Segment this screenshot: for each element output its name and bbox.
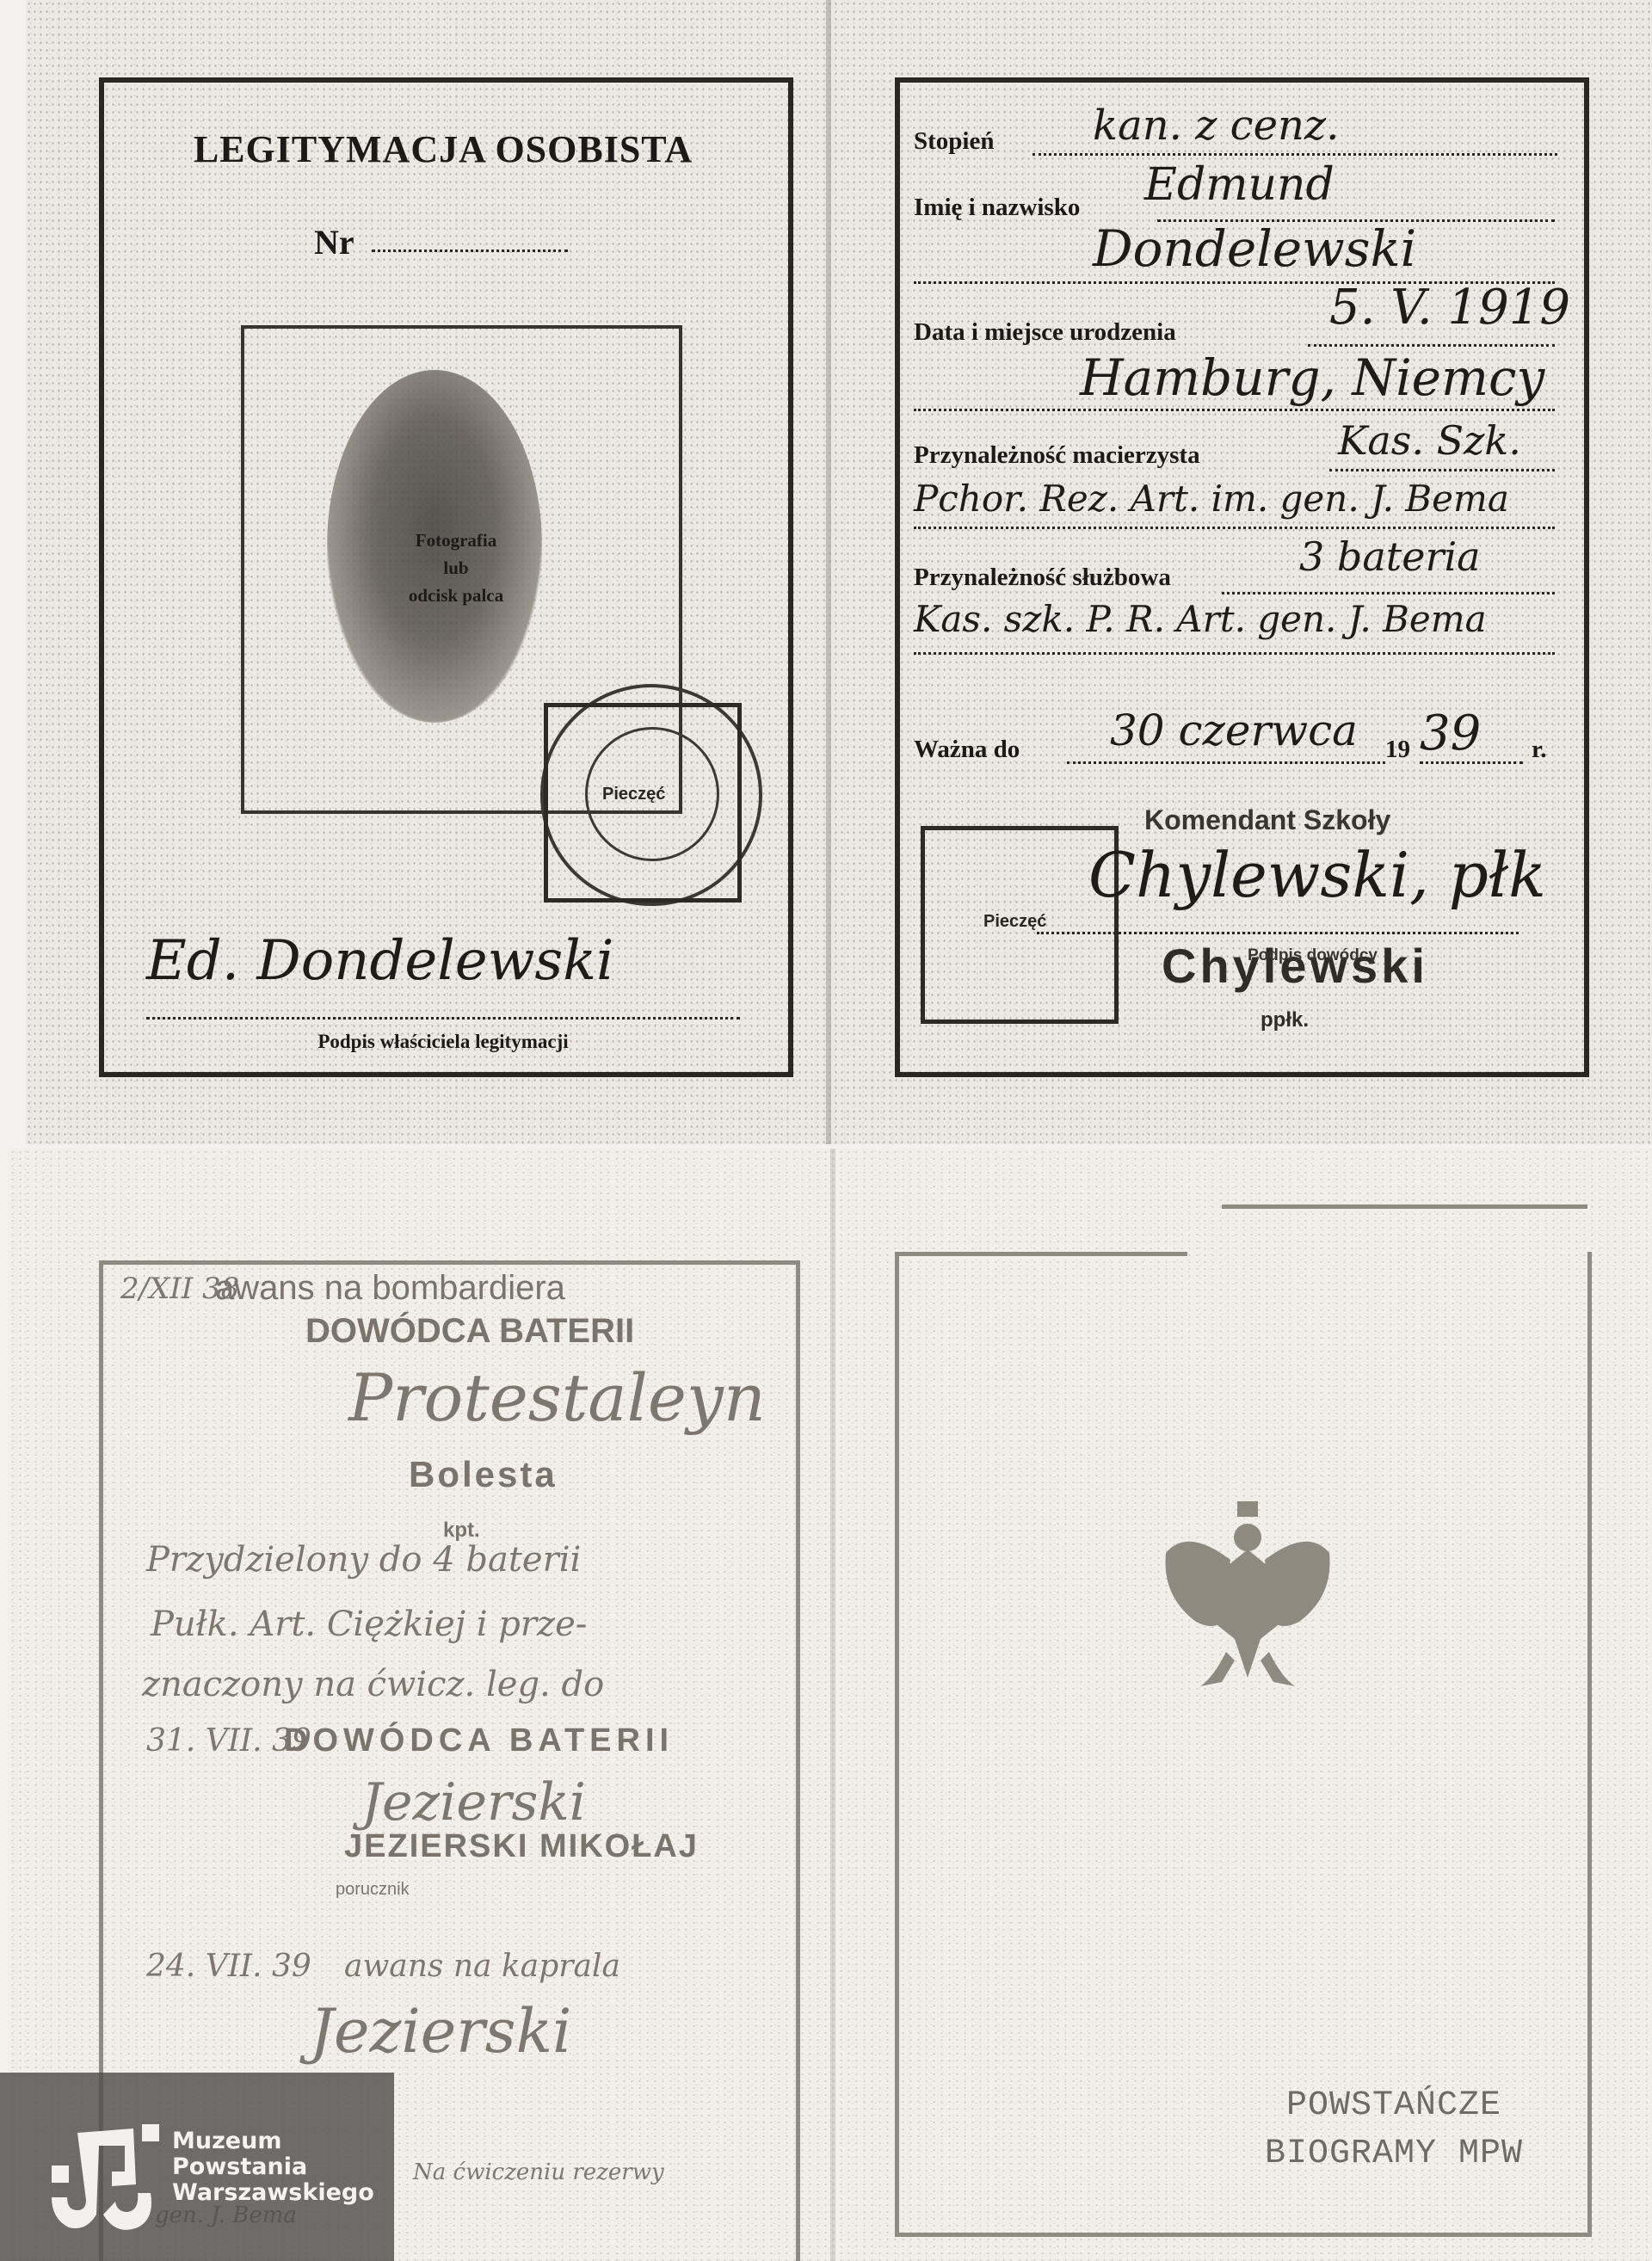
field-value-service-unit: 3 bateria (1299, 533, 1481, 580)
entry-name-jezierski: JEZIERSKI MIKOŁAJ (344, 1828, 699, 1865)
entry-line-1: Przydzielony do 4 baterii (146, 1540, 581, 1580)
entry-text-1: awans na bombardiera (215, 1269, 565, 1308)
field-label-rank: Stopień (914, 127, 994, 156)
field-value-service-unit-cont: Kas. szk. P. R. Art. gen. J. Bema (914, 598, 1487, 640)
entry-commander-title-2: DOWÓDCA BATERII (284, 1722, 674, 1759)
signature-line (146, 1017, 740, 1020)
frame-edge (895, 1252, 1187, 1256)
field-label-service-unit: Przynależność służbowa (914, 564, 1171, 592)
entry-name-bolesta: Bolesta (409, 1454, 558, 1495)
signature-jezierski-1: Jezierski (361, 1772, 586, 1833)
entry-commander-title-1: DOWÓDCA BATERII (305, 1312, 634, 1351)
card-fold-top (826, 0, 831, 1144)
field-value-home-unit-cont: Pchor. Rez. Art. im. gen. J. Bema (914, 477, 1509, 520)
photo-caption: Fotografia lub odcisk palca (370, 527, 542, 609)
field-value-birth-place: Hamburg, Niemcy (1080, 348, 1544, 407)
field-value-rank: kan. z cenz. (1093, 102, 1339, 150)
commander-title: Komendant Szkoły (1144, 804, 1390, 836)
entry-date-3: 24. VII. 39 (146, 1949, 311, 1984)
rule (1329, 469, 1555, 471)
under-line-label: Podpis dowódcy (1248, 946, 1378, 965)
field-value-first-name: Edmund (1144, 159, 1335, 211)
rule (914, 409, 1555, 411)
rule (1308, 344, 1555, 347)
valid-until-label: Ważna do (914, 736, 1020, 764)
field-value-home-unit: Kas. Szk. (1338, 417, 1521, 464)
rule (1037, 932, 1519, 934)
signature-jezierski-2: Jezierski (310, 1996, 571, 2067)
watermark: POWSTAŃCZE BIOGRAMY MPW (1222, 2082, 1566, 2178)
kotwica-icon (52, 2124, 159, 2236)
frame-edge (1222, 1204, 1587, 1209)
valid-year-prefix: 19 (1385, 736, 1410, 764)
rule (1222, 592, 1555, 595)
field-value-birth-date: 5. V. 1919 (1329, 280, 1570, 336)
card-fold-bottom (830, 1149, 835, 2261)
valid-suffix: r. (1532, 736, 1546, 764)
field-label-birth: Data i miejsce urodzenia (914, 318, 1176, 347)
document-heading: LEGITYMACJA OSOBISTA (103, 127, 783, 171)
stamp-label: Pieczęć (602, 785, 665, 804)
entry-line-4: Na ćwiczeniu rezerwy (413, 2159, 664, 2185)
entry-text-3: awans na kaprala (344, 1949, 620, 1984)
commander-rank: ppłk. (1261, 1008, 1309, 1032)
museum-name: Muzeum Powstania Warszawskiego (172, 2129, 374, 2206)
signature-bolesta: Protestaleyn (348, 1359, 766, 1436)
museum-logo[interactable]: Muzeum Powstania Warszawskiego (0, 2073, 394, 2261)
valid-year: 39 (1420, 705, 1481, 761)
field-value-surname: Dondelewski (1093, 219, 1416, 278)
rule (914, 527, 1555, 529)
owner-signature: Ed. Dondelewski (146, 929, 614, 993)
number-label: Nr (314, 222, 354, 262)
field-label-home-unit: Przynależność macierzysta (914, 441, 1200, 470)
rule (1420, 761, 1523, 764)
entry-rank-porucznik: porucznik (336, 1880, 410, 1900)
rule (914, 652, 1555, 655)
entry-line-3: znaczony na ćwicz. leg. do (142, 1665, 604, 1704)
entry-rank-kpt: kpt. (443, 1519, 480, 1543)
entry-line-2: Pułk. Art. Ciężkiej i prze- (151, 1605, 587, 1644)
number-field (372, 250, 568, 252)
signature-caption: Podpis właściciela legitymacji (103, 1031, 783, 1053)
rule (1067, 761, 1385, 764)
commander-signature: Chylewski, płk (1088, 839, 1546, 911)
rule (1032, 153, 1557, 156)
valid-until-value: 30 czerwca (1110, 705, 1358, 755)
polish-eagle-icon (1153, 1493, 1342, 1699)
field-label-name: Imię i nazwisko (914, 194, 1080, 222)
stamp-label-right: Pieczęć (983, 912, 1046, 932)
